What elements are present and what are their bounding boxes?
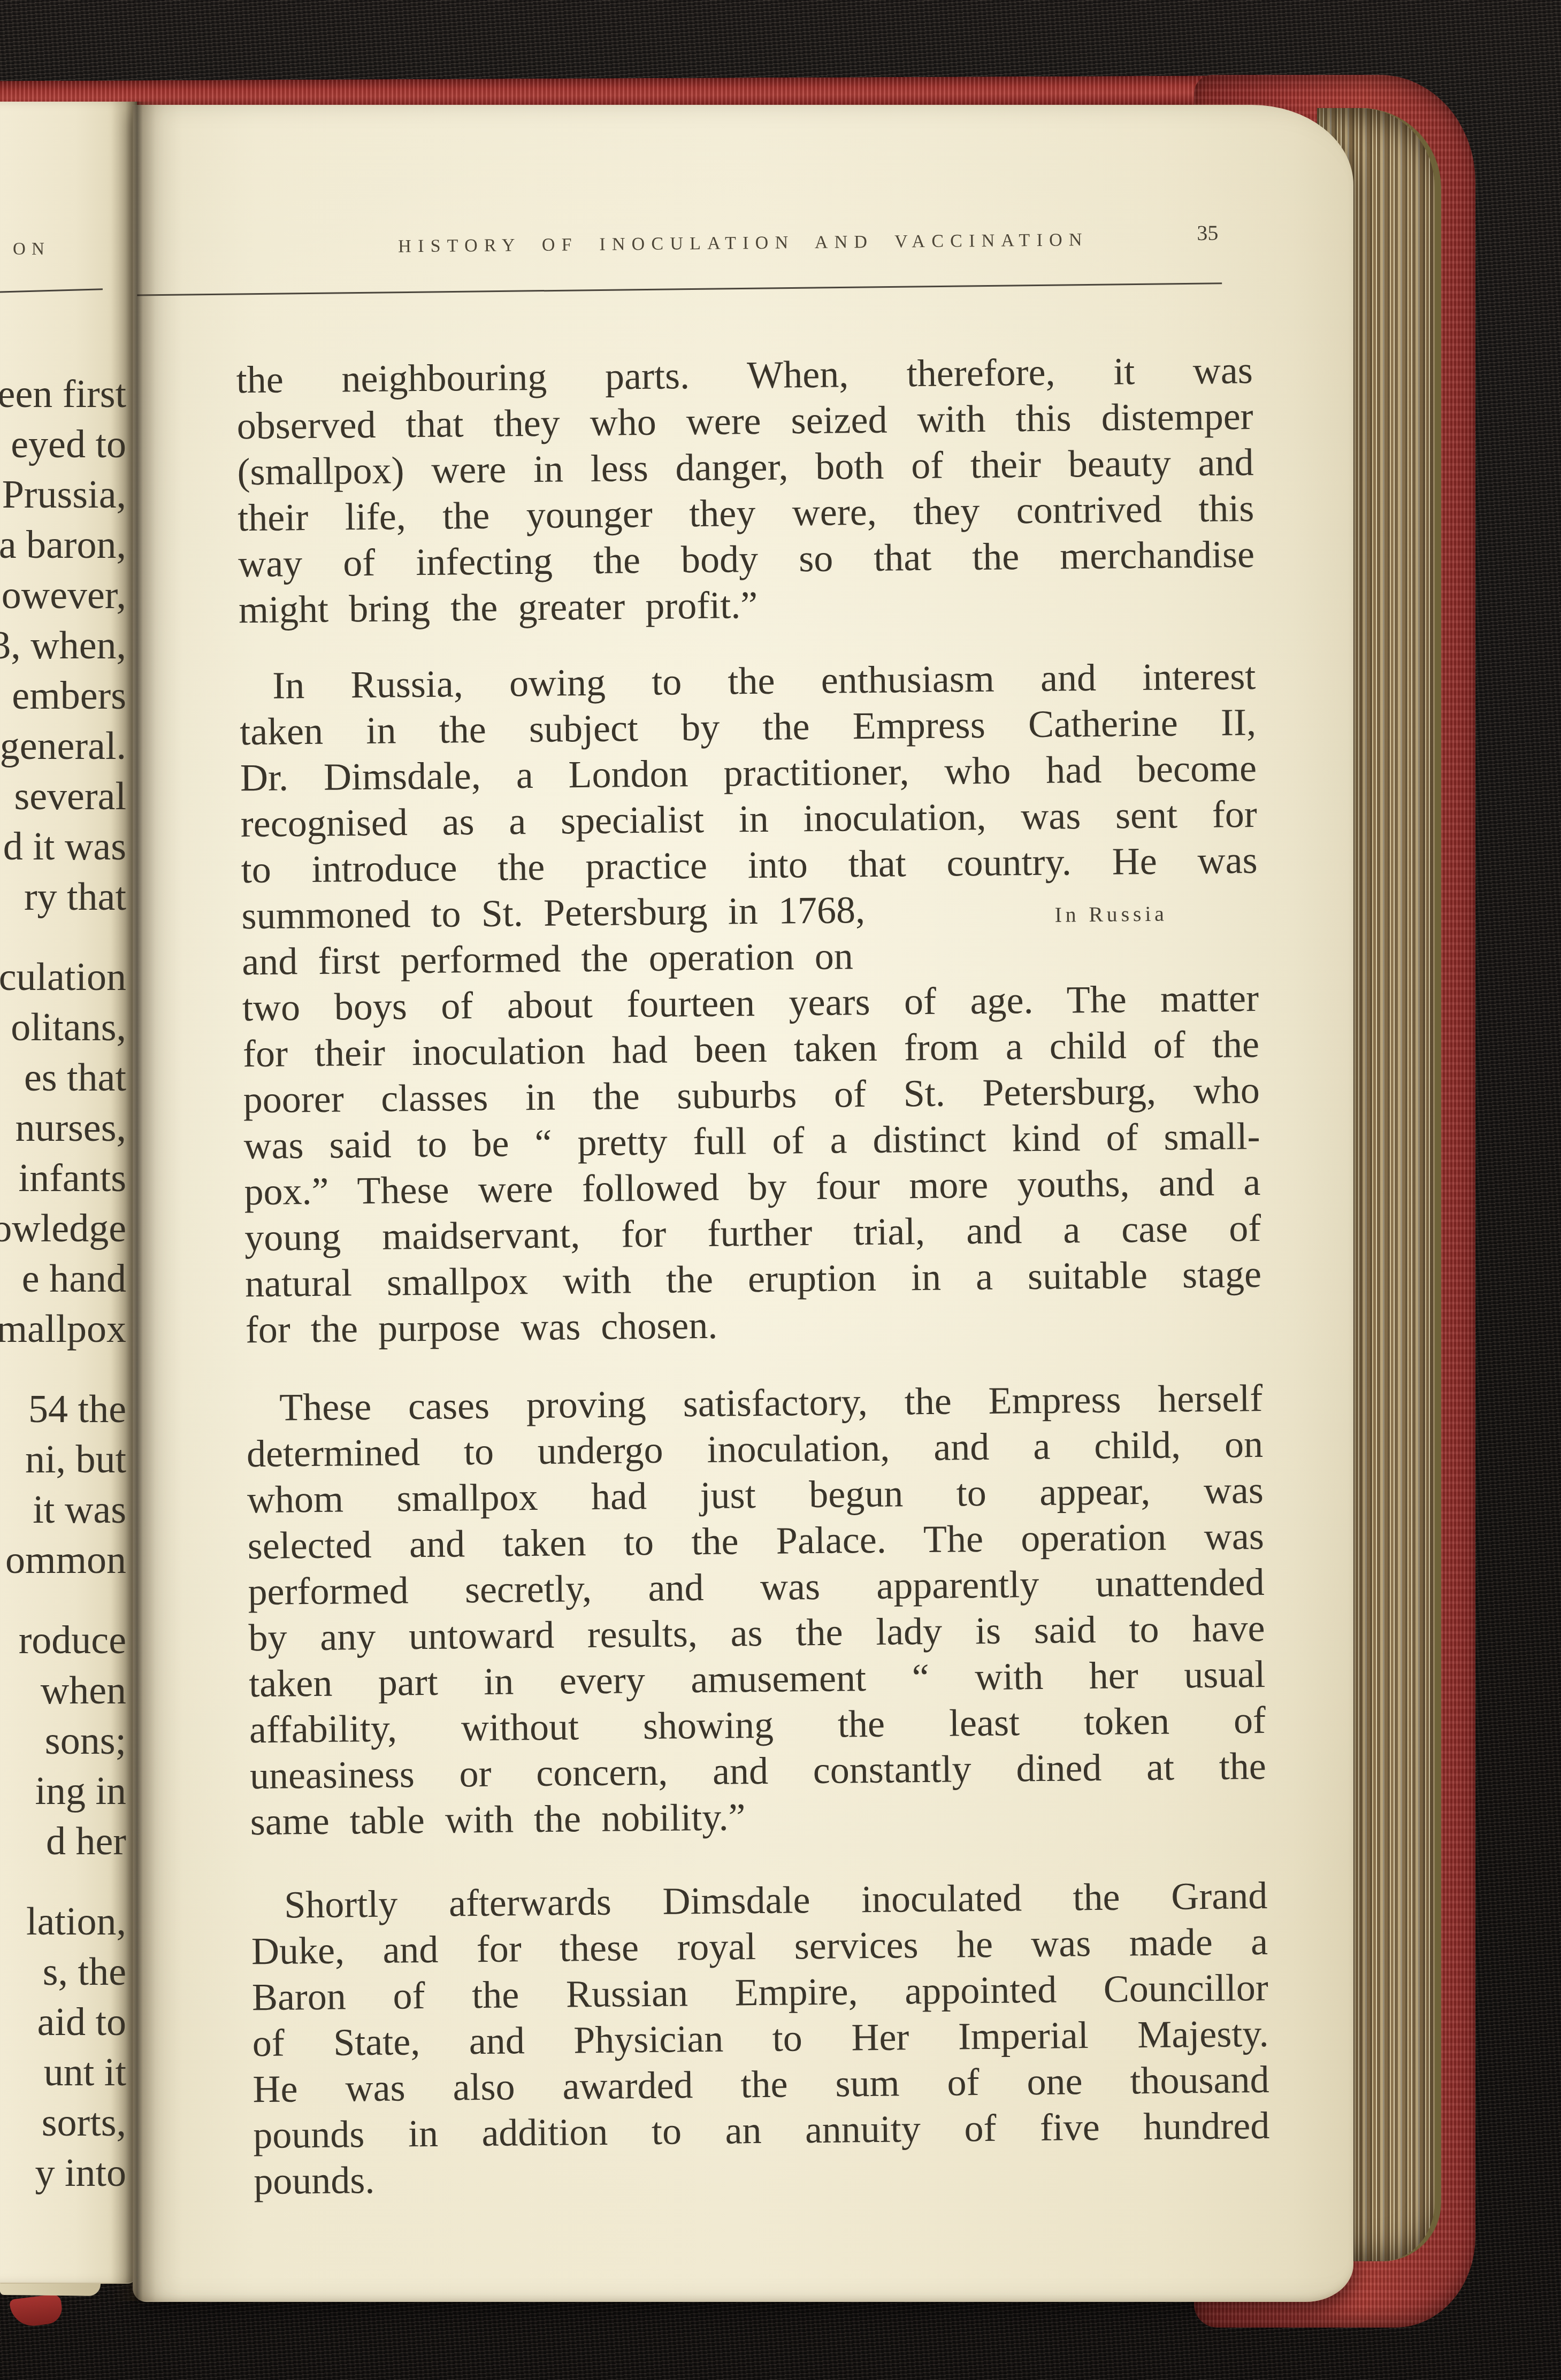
- clipped-text-line: d it was: [0, 822, 126, 872]
- right-page: HISTORY OF INOCULATION AND VACCINATION 3…: [133, 105, 1353, 2302]
- clipped-text-line: a baron,: [0, 520, 126, 570]
- text-line: might bring the greater profit.”: [239, 577, 1256, 633]
- clipped-text-line: embers: [0, 671, 126, 721]
- clipped-text-line: owledge: [0, 1203, 126, 1254]
- fragment-group: lation,s, theaid tount itsorts,y into: [26, 1897, 126, 2198]
- text-line: to introduce the practice into that coun…: [241, 837, 1258, 893]
- clipped-text-line: y into: [26, 2148, 126, 2198]
- clipped-text-line: owever,: [0, 570, 126, 620]
- paragraph: These cases proving satisfactory, the Em…: [246, 1375, 1267, 1845]
- clipped-text-line: eyed to: [0, 419, 126, 470]
- clipped-text-line: Prussia,: [0, 470, 126, 520]
- clipped-text-line: s, the: [26, 1947, 126, 1997]
- clipped-text-line: infants: [0, 1153, 126, 1203]
- left-page: ON een firsteyed toPrussia,a baron,oweve…: [0, 102, 137, 2284]
- clipped-text-line: e hand: [0, 1254, 126, 1304]
- clipped-text-line: ry that: [0, 872, 126, 922]
- clipped-text-line: 54 the: [5, 1384, 126, 1434]
- book-photograph: { "colors":{ "fabric_black":"#242021", "…: [0, 0, 1561, 2380]
- text-line: for the purpose was chosen.: [246, 1297, 1262, 1353]
- text-line: pounds.: [254, 2148, 1271, 2204]
- clipped-text-line: lation,: [26, 1897, 126, 1947]
- running-head-title: HISTORY OF INOCULATION AND VACCINATION: [398, 230, 1089, 257]
- clipped-text-line: aid to: [26, 1997, 126, 2047]
- clipped-text-line: sorts,: [26, 2098, 126, 2148]
- clipped-text-line: ing in: [19, 1766, 126, 1816]
- text-line: uneasiness or concern, and constantly di…: [250, 1743, 1267, 1799]
- clipped-text-line: when: [19, 1665, 126, 1716]
- fragment-group: een firsteyed toPrussia,a baron,owever,3…: [0, 369, 126, 922]
- clipped-text-line: d her: [19, 1816, 126, 1867]
- text-line: natural smallpox with the eruption in a …: [245, 1251, 1262, 1307]
- clipped-text-line: een first: [0, 369, 126, 419]
- fragment-group: roducewhensons;ing ind her: [19, 1615, 126, 1867]
- shoulder-note-in-russia: In Russia: [1054, 901, 1168, 927]
- paragraph: Shortly afterwards Dimsdale inoculated t…: [251, 1872, 1271, 2204]
- text-line: way of infecting the body so that the me…: [238, 531, 1255, 587]
- clipped-text-line: sons;: [19, 1716, 126, 1766]
- running-head-row: HISTORY OF INOCULATION AND VACCINATION 3…: [235, 228, 1252, 272]
- clipped-text-line: es that: [0, 1053, 126, 1103]
- fragment-group: culationolitans,es thatnurses,infantsowl…: [0, 952, 126, 1354]
- paragraph: the neighbouring parts. When, therefore,…: [236, 347, 1255, 633]
- clipped-text-line: mallpox: [0, 1304, 126, 1354]
- text-line: same table with the nobility.”: [250, 1789, 1267, 1845]
- left-running-head-fragment: ON: [13, 240, 50, 259]
- clipped-text-line: ommon: [5, 1535, 126, 1585]
- clipped-text-line: it was: [5, 1485, 126, 1535]
- text-line: pounds in addition to an annuity of five…: [253, 2102, 1270, 2158]
- clipped-text-line: nurses,: [0, 1103, 126, 1153]
- head-rule: [137, 282, 1222, 296]
- clipped-text-line: olitans,: [0, 1002, 126, 1053]
- clipped-text-line: several: [0, 771, 126, 822]
- page-number: 35: [1197, 220, 1218, 245]
- paragraph: In Russia, owing to the enthusiasm and i…: [239, 653, 1262, 1353]
- fragment-group: 54 theni, butit wasommon: [5, 1384, 126, 1585]
- clipped-text-line: roduce: [19, 1615, 126, 1665]
- right-page-text-layer: HISTORY OF INOCULATION AND VACCINATION 3…: [131, 94, 1373, 2302]
- left-head-rule: [0, 288, 103, 293]
- clipped-text-line: culation: [0, 952, 126, 1002]
- clipped-text-line: 3, when,: [0, 620, 126, 671]
- clipped-text-line: unt it: [26, 2047, 126, 2098]
- clipped-text-line: ni, but: [5, 1434, 126, 1485]
- clipped-text-line: general.: [0, 721, 126, 771]
